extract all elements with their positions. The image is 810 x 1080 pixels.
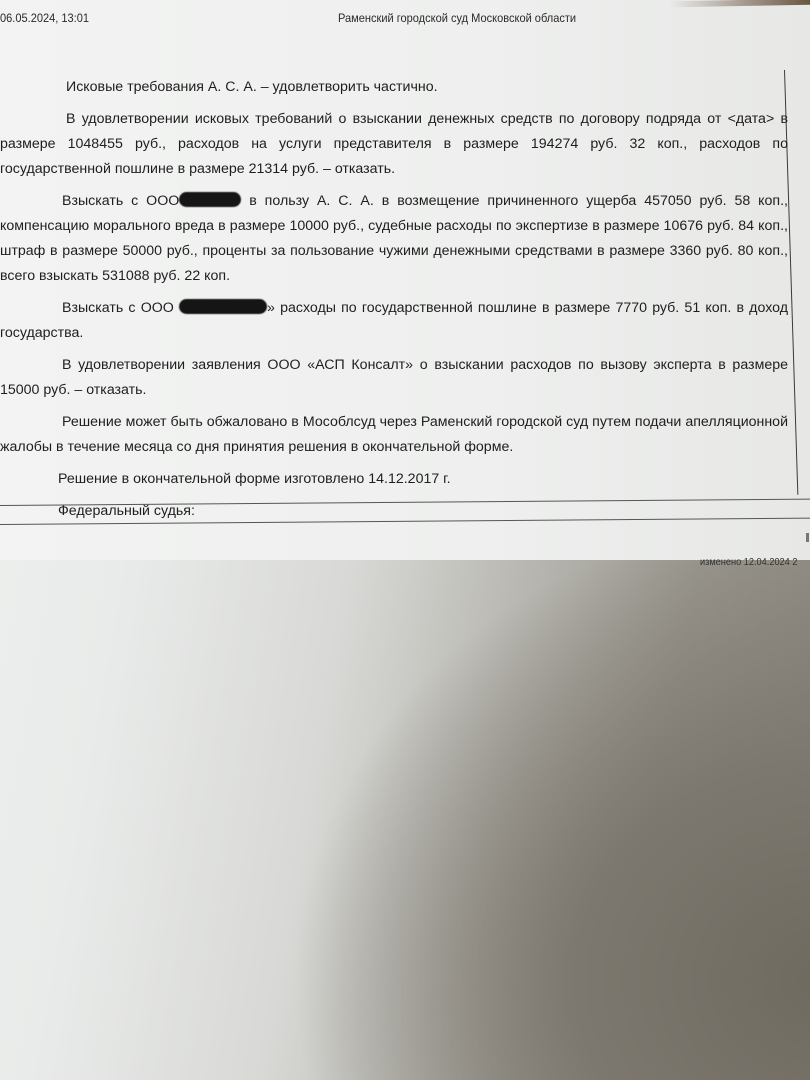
state-duty-text-before: Взыскать с ООО bbox=[62, 300, 179, 316]
paragraph-recovery: Взыскать с ООО в пользу А. С. А. в возме… bbox=[0, 189, 788, 289]
paragraph-expert-costs: В удовлетворении заявления ООО «АСП Конс… bbox=[0, 353, 788, 403]
recovery-text-before: Взыскать с ООО bbox=[62, 193, 179, 209]
decision-text: Исковые требования А. С. А. – удовлетвор… bbox=[0, 75, 788, 531]
paragraph-refused-claims: В удовлетворении исковых требований о вз… bbox=[0, 107, 788, 182]
print-timestamp: 06.05.2024, 13:01 bbox=[0, 11, 89, 25]
redacted-company-name bbox=[179, 192, 241, 207]
paragraph-claims-result: Исковые требования А. С. А. – удовлетвор… bbox=[0, 75, 788, 100]
modified-stamp: изменено 12.04.2024 2 bbox=[700, 557, 797, 568]
page-edge-mark bbox=[806, 533, 809, 542]
paragraph-appeal: Решение может быть обжаловано в Мособлсу… bbox=[0, 410, 788, 460]
court-name-header: Раменский городской суд Московской облас… bbox=[338, 11, 576, 25]
paragraph-state-duty: Взыскать с ООО » расходы по государствен… bbox=[0, 296, 788, 346]
paragraph-final-form-date: Решение в окончательной форме изготовлен… bbox=[0, 467, 788, 492]
redacted-company-name bbox=[179, 299, 267, 314]
